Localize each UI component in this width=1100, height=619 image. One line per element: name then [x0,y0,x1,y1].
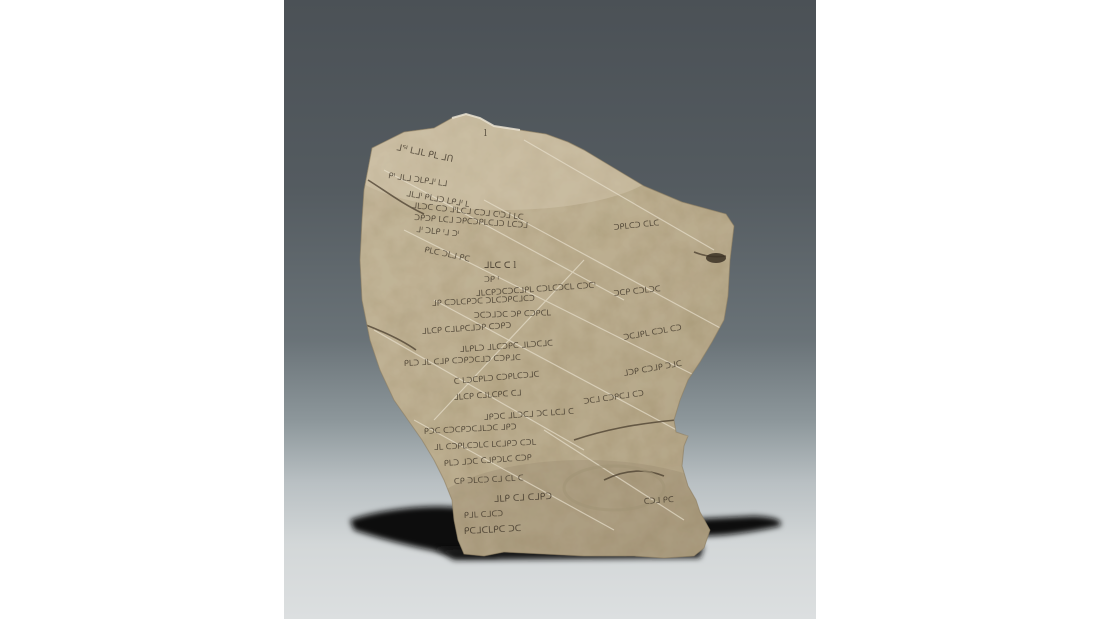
svg-text:ᑐᑭ ᑊ: ᑐᑭ ᑊ [484,275,499,284]
ostracon-illustration: ᒧᕐᑊ ᒪᒧᒪ ᑭᒪ ᒧᑎ l ᑭᑊ ᒧᒪᒧ ᑐᒪᑭᒧᑊ ᒪᒧ ᒧᒪᒧᑊ ᑭᒪᒧ… [284,0,816,619]
photo: ᒧᕐᑊ ᒪᒧᒪ ᑭᒪ ᒧᑎ l ᑭᑊ ᒧᒪᒧ ᑐᒪᑭᒧᑊ ᒪᒧ ᒧᒪᒧᑊ ᑭᒪᒧ… [284,0,816,619]
stone-fragment: ᒧᕐᑊ ᒪᒧᒪ ᑭᒪ ᒧᑎ l ᑭᑊ ᒧᒪᒧ ᑐᒪᑭᒧᑊ ᒪᒧ ᒧᒪᒧᑊ ᑭᒪᒧ… [344,100,764,580]
svg-text:l: l [484,129,487,139]
svg-text:ᒧᒪᑕ ᑕ l: ᒧᒪᑕ ᑕ l [484,261,516,271]
